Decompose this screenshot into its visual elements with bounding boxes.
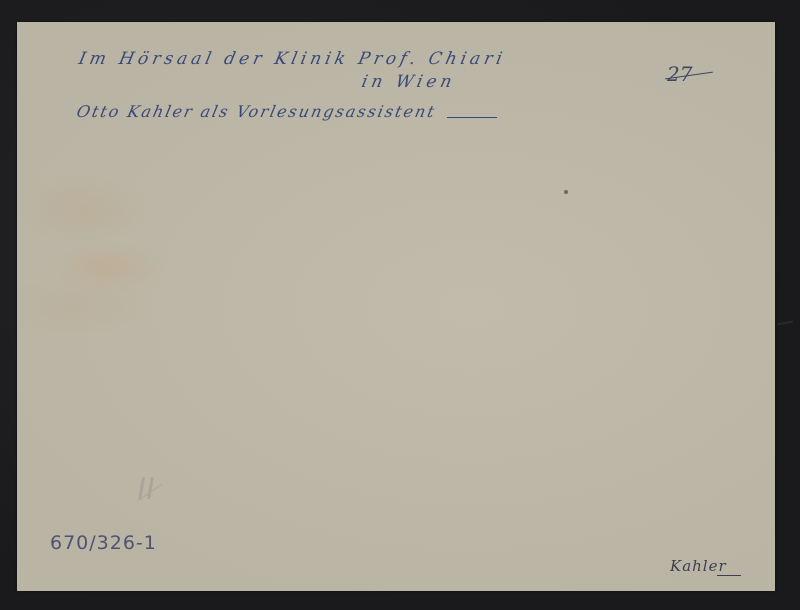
paper-speck [564,190,568,194]
caption-line-2: in Wien [360,72,458,92]
archival-card: Im Hörsaal der Klinik Prof. Chiari in Wi… [17,22,775,591]
signature-flourish [717,575,741,576]
caption-line-1: Im Hörsaal der Klinik Prof. Chiari [77,49,508,69]
inventory-number: 670/326-1 [50,532,157,554]
caption-underline [447,117,497,118]
caption-line-3: Otto Kahler als Vorlesungsassistent [75,102,438,121]
signature: Kahler [670,557,727,575]
